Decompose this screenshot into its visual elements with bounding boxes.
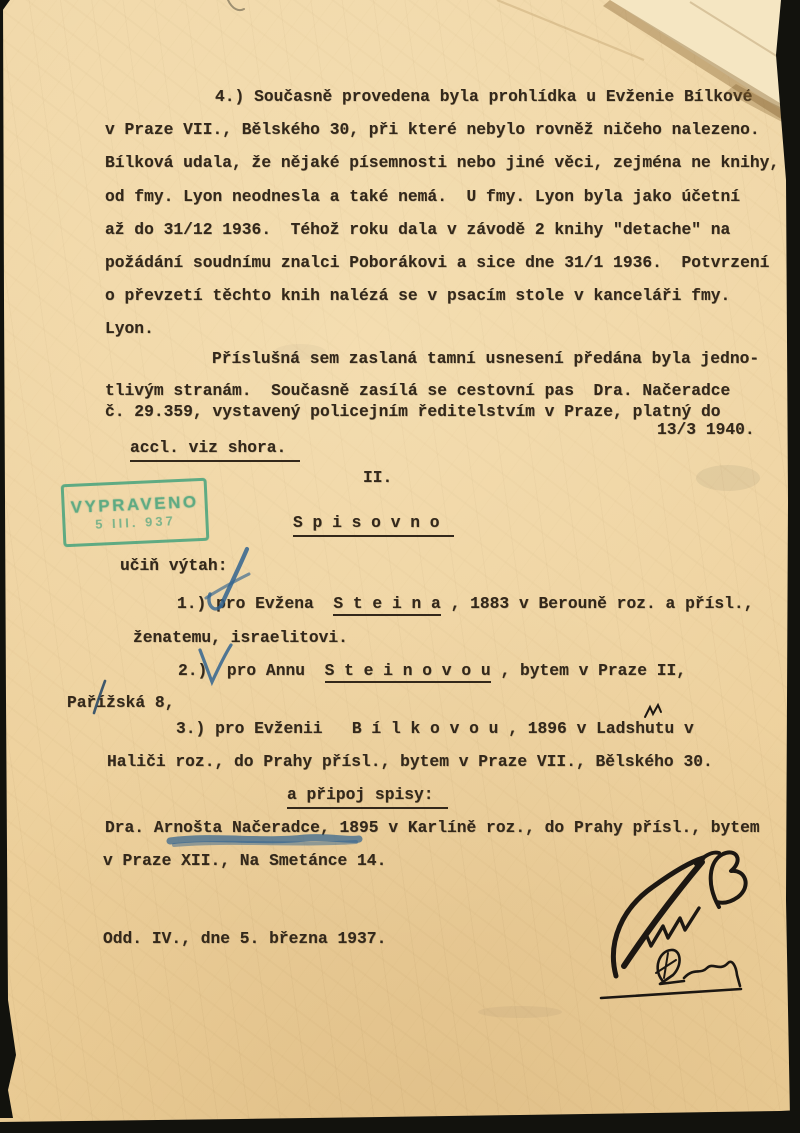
para1-line2: v Praze VII., Bělského 30, při které neb…	[105, 120, 760, 140]
vypraveno-stamp: VYPRAVENO 5 III. 937	[61, 478, 210, 548]
para2-date: 13/3 1940.	[657, 420, 755, 440]
folded-corner	[497, 0, 800, 131]
item2-prefix: 2.) pro Annu	[178, 661, 325, 680]
blue-marker-underline-naceradce	[170, 838, 359, 841]
small-signature-scribble	[684, 962, 740, 986]
para1-line5: až do 31/12 1936. Téhož roku dala v závo…	[105, 220, 730, 240]
list-item-1: 1.) pro Evžena S t e i n a , 1883 v Bero…	[177, 594, 753, 614]
para1-line8: Lyon.	[105, 319, 154, 339]
large-signature-stroke2	[624, 862, 702, 966]
blue-marker-underline-naceradce-2	[174, 842, 356, 845]
stray-pen-mark-top	[228, 0, 244, 10]
small-signature-cross	[656, 953, 676, 978]
append-line1: Dra. Arnošta Načeradce, 1895 v Karlíně r…	[105, 818, 760, 838]
item1-suffix: , 1883 v Berouně roz. a přísl.,	[441, 594, 754, 613]
stamp-date: 5 III. 937	[95, 513, 176, 533]
scan-edge-right	[776, 0, 800, 1118]
smudge	[478, 1006, 562, 1018]
item1-prefix: 1.) pro Evžena	[177, 594, 333, 613]
section-title: S p i s o v n o	[293, 513, 454, 533]
item3-continuation: Haliči roz., do Prahy přísl., bytem v Pr…	[107, 752, 713, 772]
accl-underlined-text: accl. viz shora.	[130, 438, 300, 462]
item2-continuation: Pařížská 8,	[67, 693, 174, 713]
append-heading-underlined: a připoj spisy:	[287, 785, 448, 809]
small-signature-underline	[601, 989, 741, 998]
item1-continuation: ženatemu, israelitovi.	[133, 628, 348, 648]
append-heading: a připoj spisy:	[287, 785, 448, 805]
signatures	[601, 852, 746, 998]
scan-edge-left	[0, 0, 16, 1118]
para1-line3: Bílková udala, že nějaké písemnosti nebo…	[105, 153, 779, 173]
para1-line7: o převzetí těchto knih nalézá se v psací…	[105, 286, 730, 306]
scan-edge-bottom	[0, 1110, 800, 1133]
handwritten-correction-mark	[645, 705, 661, 717]
large-signature-b-flourish	[711, 852, 746, 907]
scanned-document-page: 4.) Současně provedena byla prohlídka u …	[0, 0, 800, 1133]
scan-edge-topleft	[0, 0, 10, 14]
para2-line1: Příslušná sem zaslaná tamní usnesení pře…	[212, 349, 759, 369]
crease-line	[497, 0, 644, 60]
list-item-2: 2.) pro Annu S t e i n o v o u , bytem v…	[178, 661, 686, 681]
para2-line3: č. 29.359, vystavený policejním ředitels…	[105, 402, 721, 422]
item1-name-underlined: S t e i n a	[333, 594, 440, 616]
instruction-line: učiň výtah:	[120, 556, 227, 576]
fold-inner-crease	[690, 2, 799, 70]
footer-date-line: Odd. IV., dne 5. března 1937.	[103, 929, 386, 949]
item2-name-underlined: S t e i n o v o u	[325, 661, 491, 683]
append-line2: v Praze XII., Na Smetánce 14.	[103, 851, 386, 871]
item2-suffix: , bytem v Praze II,	[491, 661, 686, 680]
list-item-3: 3.) pro Evženii B í l k o v o u , 1896 v…	[176, 719, 694, 739]
section-numeral: II.	[363, 468, 392, 488]
large-signature-stroke1	[613, 858, 703, 976]
large-signature-hook	[696, 853, 719, 864]
para1-line4: od fmy. Lyon neodnesla a také nemá. U fm…	[105, 187, 740, 207]
para2-line2: tlivým stranám. Současně zasílá se cesto…	[105, 381, 730, 401]
para1-line6: požádání soudnímu znalci Poborákovi a si…	[105, 253, 769, 273]
accl-note: accl. viz shora.	[130, 438, 300, 458]
smudge	[696, 465, 760, 491]
section-title-underlined: S p i s o v n o	[293, 513, 454, 537]
small-signature-left	[658, 950, 684, 984]
para1-line1: 4.) Současně provedena byla prohlídka u …	[215, 87, 752, 107]
large-signature-zigzag	[634, 908, 699, 952]
fold-shadow	[603, 0, 800, 130]
